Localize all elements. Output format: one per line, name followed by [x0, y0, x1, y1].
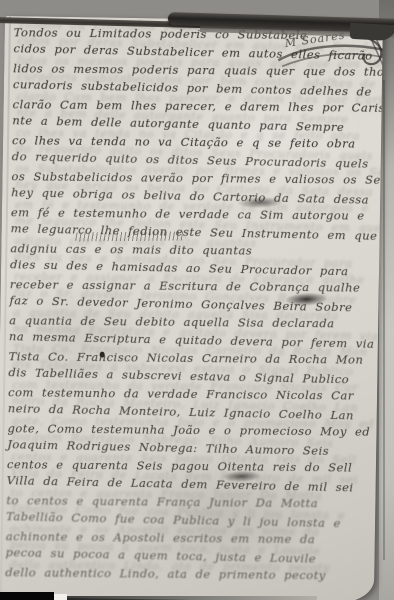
- manuscript-page: Tondos ou Limitados poderis co Substabel…: [0, 16, 383, 600]
- handwritten-line: dello authentico Lindo, ata de primento …: [5, 563, 367, 584]
- handwritten-text-block: Tondos ou Limitados poderis co Substabel…: [5, 22, 376, 586]
- bottom-white-notch: [54, 594, 67, 600]
- scribble-strikethrough: [74, 231, 186, 241]
- bottom-black-bar: [0, 592, 54, 600]
- book-page-edges-corner: [350, 23, 394, 41]
- page-bottom-shadow: [67, 596, 317, 600]
- ink-speck: [100, 352, 105, 358]
- photo-frame: Tondos ou Limitados poderis co Substabel…: [0, 0, 394, 600]
- page-edge-line: [383, 80, 385, 560]
